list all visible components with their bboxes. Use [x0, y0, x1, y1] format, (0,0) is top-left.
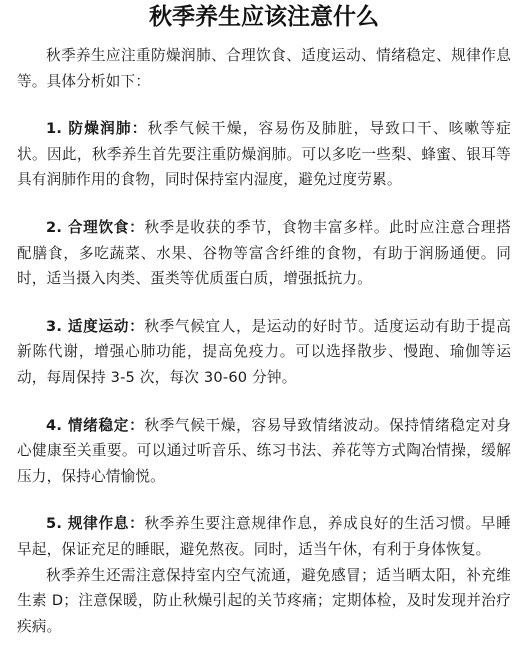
section-1: 1. 防燥润肺：秋季气候干燥，容易伤及肺脏，导致口干、咳嗽等症状。因此，秋季养生…: [17, 116, 511, 193]
spacer: [17, 193, 511, 215]
spacer: [17, 391, 511, 413]
intro-paragraph: 秋季养生应注重防燥润肺、合理饮食、适度运动、情绪稳定、规律作息等。具体分析如下：: [17, 43, 511, 94]
section-heading: 4. 情绪稳定：: [46, 417, 144, 434]
article-body: 秋季养生应注重防燥润肺、合理饮食、适度运动、情绪稳定、规律作息等。具体分析如下：…: [17, 43, 511, 639]
section-heading: 5. 规律作息：: [46, 515, 144, 532]
page-title: 秋季养生应该注意什么: [0, 0, 528, 34]
spacer: [17, 94, 511, 116]
spacer: [17, 489, 511, 511]
section-3: 3. 适度运动：秋季气候宜人，是运动的好时节。适度运动有助于提高新陈代谢，增强心…: [17, 314, 511, 391]
section-2: 2. 合理饮食：秋季是收获的季节，食物丰富多样。此时应注意合理搭配膳食，多吃蔬菜…: [17, 215, 511, 292]
section-4: 4. 情绪稳定：秋季气候干燥，容易导致情绪波动。保持情绪稳定对身心健康至关重要。…: [17, 413, 511, 490]
section-5: 5. 规律作息：秋季养生要注意规律作息，养成良好的生活习惯。早睡早起，保证充足的…: [17, 511, 511, 562]
section-heading: 3. 适度运动：: [46, 318, 144, 335]
spacer: [17, 292, 511, 314]
section-heading: 2. 合理饮食：: [46, 219, 144, 236]
closing-paragraph: 秋季养生还需注意保持室内空气流通，避免感冒；适当晒太阳，补充维生素 D；注意保暖…: [17, 563, 511, 640]
section-heading: 1. 防燥润肺：: [46, 120, 148, 137]
